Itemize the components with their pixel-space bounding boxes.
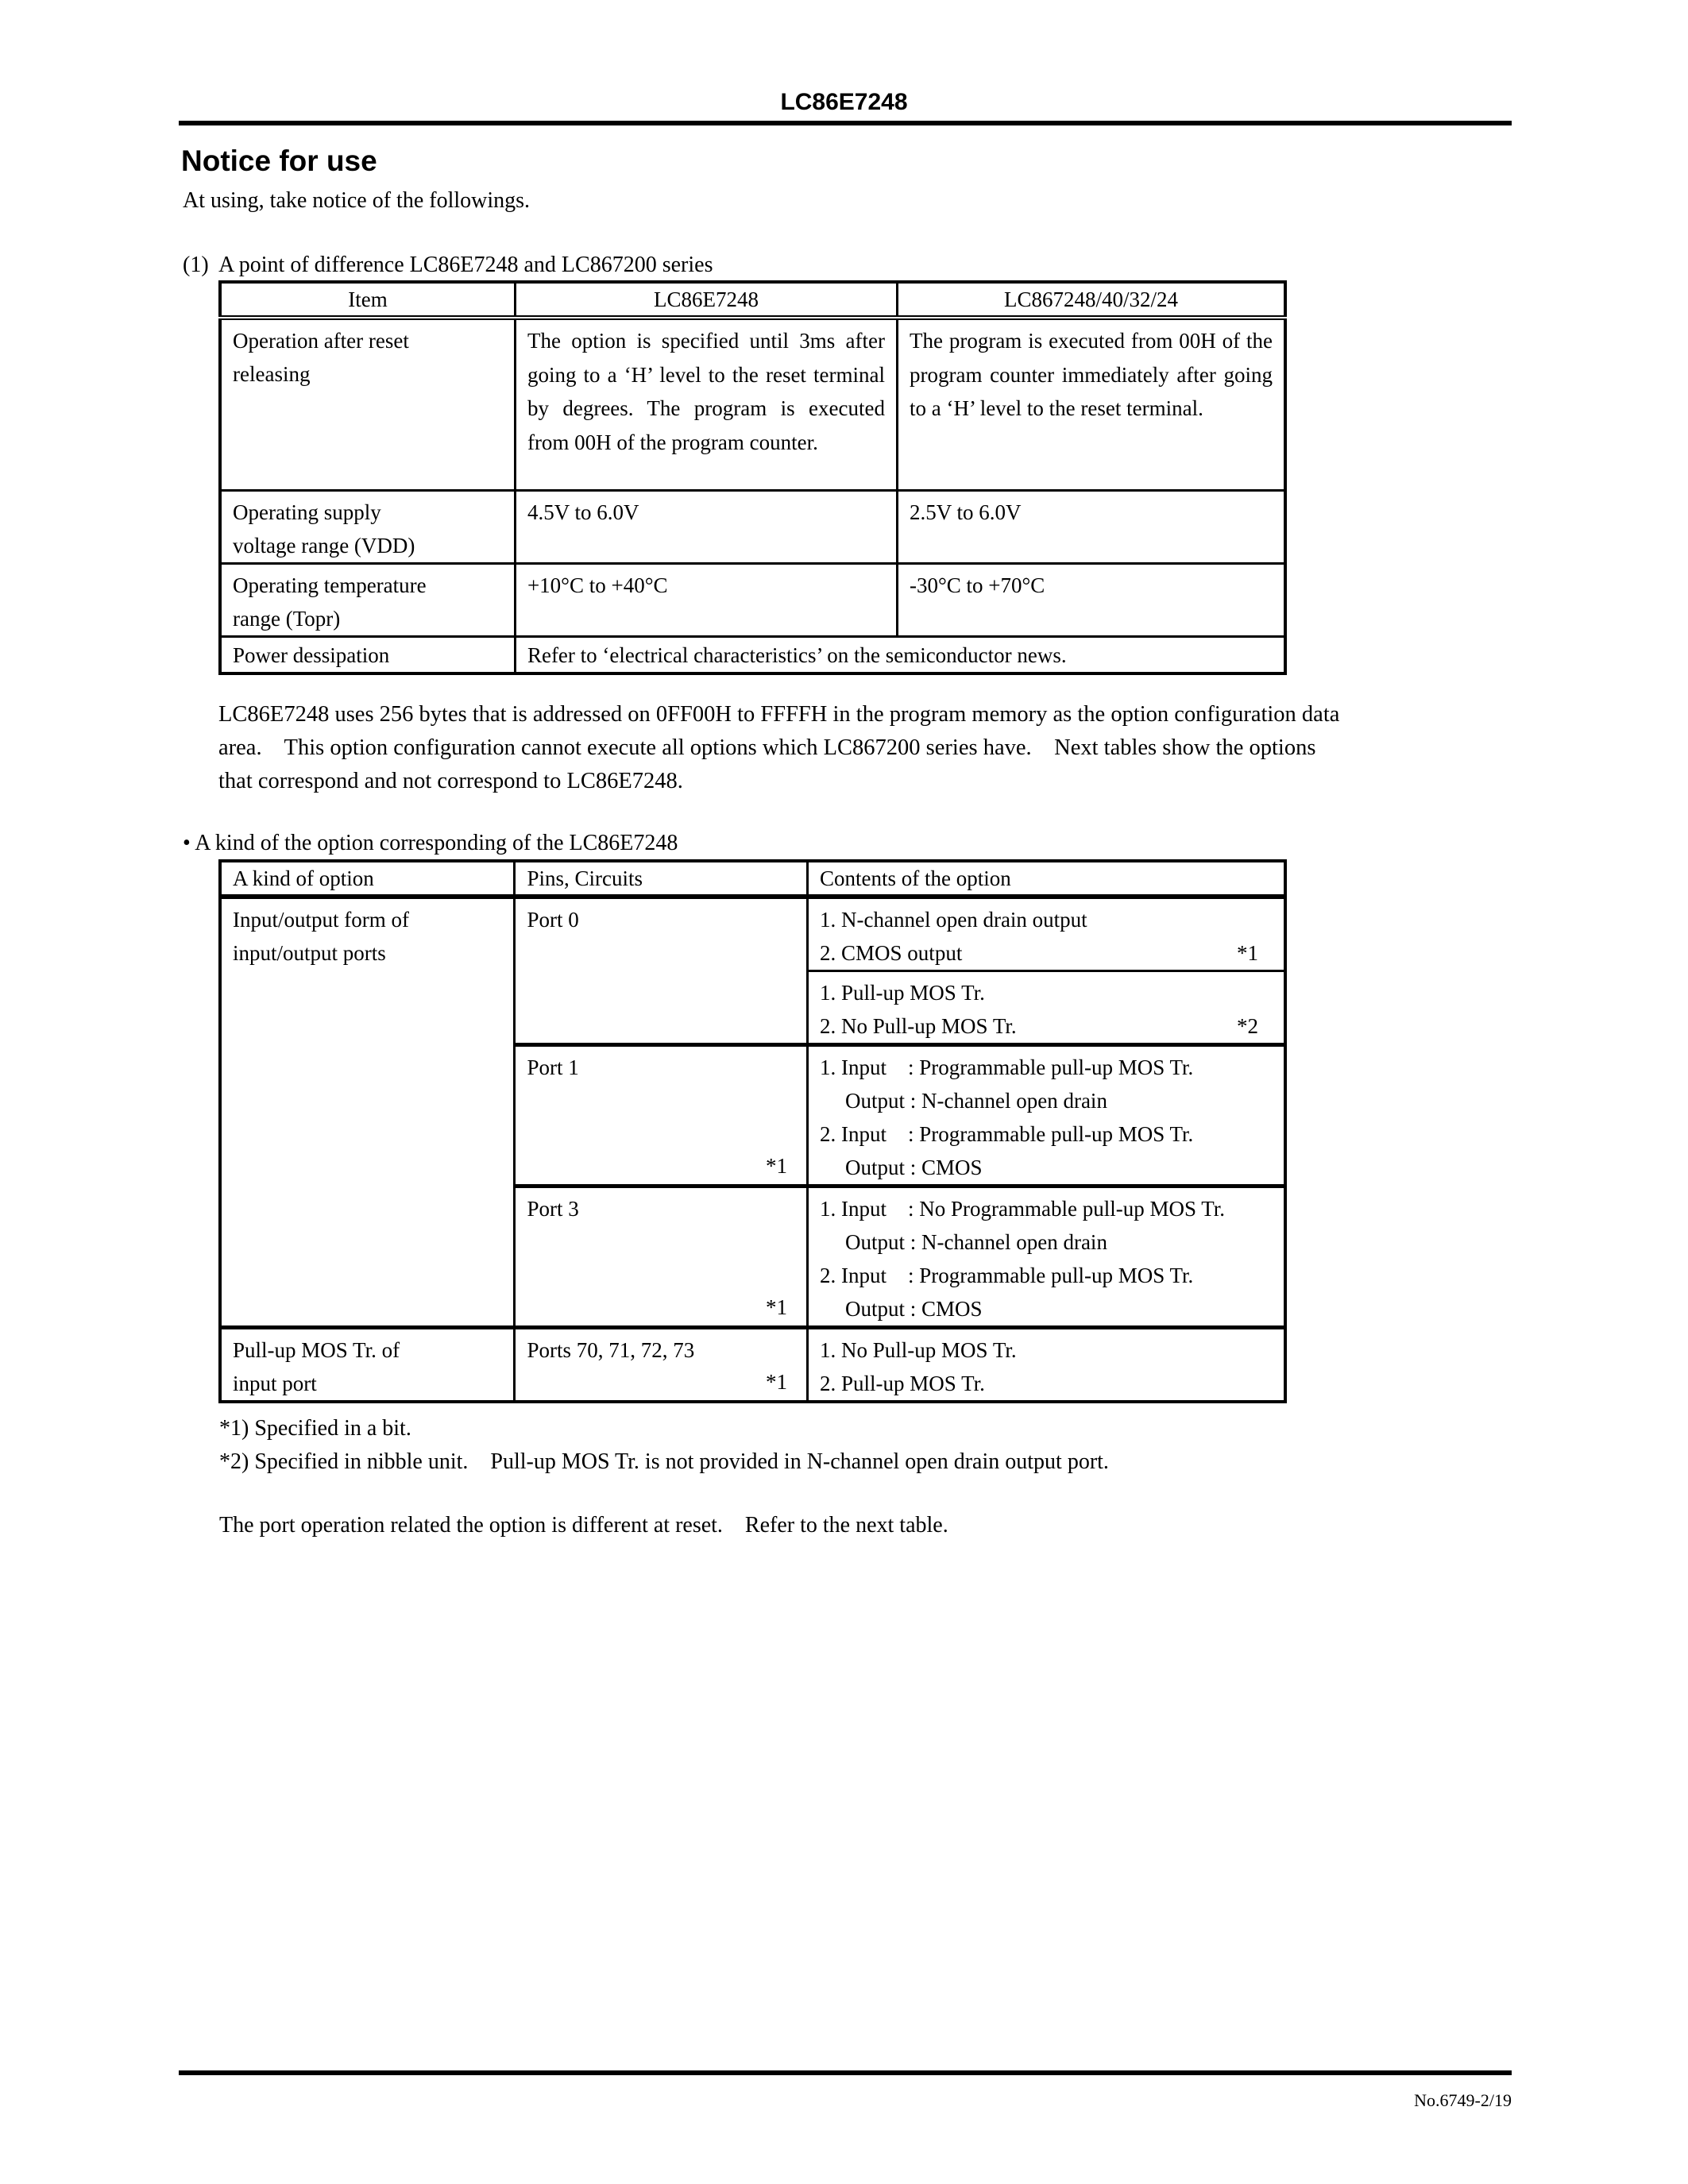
option-line: 2. CMOS output*1	[820, 936, 1273, 970]
lc86e7248-cell: +10°C to +40°C	[515, 563, 897, 636]
paragraph-line: that correspond and not correspond to LC…	[218, 765, 1512, 798]
table-row: Power dessipation Refer to ‘electrical c…	[220, 636, 1285, 673]
closing-sentence: The port operation related the option is…	[219, 1509, 948, 1542]
cell-text: +10°C to +40°C	[516, 565, 896, 603]
table-row: Operating temperature range (Topr) +10°C…	[220, 563, 1285, 636]
paragraph-line: area. This option configuration cannot e…	[218, 731, 1512, 765]
options-table: A kind of option Pins, Circuits Contents…	[218, 859, 1287, 1403]
option-line: Output : N-channel open drain	[820, 1084, 1273, 1117]
pin-cell-port1: Port 1 *1	[515, 1045, 808, 1187]
difference-heading: (1) A point of difference LC86E7248 and …	[183, 249, 713, 282]
options-heading: • A kind of the option corresponding of …	[183, 827, 678, 860]
column-header-pins: Pins, Circuits	[515, 861, 808, 897]
contents-cell: 1. N-channel open drain output 2. CMOS o…	[808, 897, 1285, 971]
item-cell: Power dessipation	[220, 636, 515, 673]
contents-cell: 1. No Pull-up MOS Tr. 2. Pull-up MOS Tr.	[808, 1328, 1285, 1403]
column-header-lc867248: LC867248/40/32/24	[897, 282, 1285, 318]
table-row: Input/output form of input/output ports …	[220, 897, 1285, 971]
option-line: Output : CMOS	[820, 1151, 1273, 1184]
cell-text: Power dessipation	[222, 638, 514, 673]
column-header-item: Item	[220, 282, 515, 318]
option-line: 2. Input : Programmable pull-up MOS Tr.	[820, 1117, 1273, 1151]
column-header-lc86e7248: LC86E7248	[515, 282, 897, 318]
lc86e7248-cell: 4.5V to 6.0V	[515, 490, 897, 563]
pin-note: *1	[766, 1149, 787, 1183]
footnote-2: *2) Specified in nibble unit. Pull-up MO…	[219, 1445, 1109, 1479]
option-text: 2. CMOS output	[820, 936, 962, 970]
option-line: 1. Input : Programmable pull-up MOS Tr.	[820, 1051, 1273, 1084]
option-text: 1. Pull-up MOS Tr.	[820, 976, 985, 1009]
option-line: Output : CMOS	[820, 1292, 1273, 1325]
footer-rule	[179, 2070, 1512, 2075]
section-title: Notice for use	[181, 145, 377, 178]
item-line: releasing	[233, 357, 503, 391]
item-line: range (Topr)	[233, 602, 503, 635]
kind-cell: Input/output form of input/output ports	[220, 897, 515, 1328]
kind-line: Input/output form of	[233, 903, 502, 936]
option-line: 1. Input : No Programmable pull-up MOS T…	[820, 1192, 1273, 1225]
lc867248-cell: 2.5V to 6.0V	[897, 490, 1285, 563]
lc867248-cell: -30°C to +70°C	[897, 563, 1285, 636]
paragraph-line: LC86E7248 uses 256 bytes that is address…	[218, 698, 1512, 731]
kind-line: input port	[233, 1367, 502, 1400]
cell-text: 4.5V to 6.0V	[516, 492, 896, 530]
table-header-row: Item LC86E7248 LC867248/40/32/24	[220, 282, 1285, 318]
option-text: 1. N-channel open drain output	[820, 903, 1087, 936]
table-row: Operating supply voltage range (VDD) 4.5…	[220, 490, 1285, 563]
column-header-contents: Contents of the option	[808, 861, 1285, 897]
page-number: No.6749-2/19	[1414, 2090, 1512, 2111]
header-rule	[179, 121, 1512, 125]
lc86e7248-cell: The option is specified until 3ms after …	[515, 318, 897, 490]
document-title: LC86E7248	[0, 89, 1688, 116]
cell-text: Refer to ‘electrical characteristics’ on…	[516, 638, 1284, 673]
option-text: 2. No Pull-up MOS Tr.	[820, 1009, 1017, 1043]
section-intro: At using, take notice of the followings.	[183, 184, 530, 218]
item-line: Operating temperature	[233, 569, 503, 602]
option-line: 1. Pull-up MOS Tr.	[820, 976, 1273, 1009]
option-note: *2	[1237, 1009, 1258, 1043]
cell-text: -30°C to +70°C	[898, 565, 1284, 603]
difference-table: Item LC86E7248 LC867248/40/32/24 Operati…	[218, 280, 1287, 675]
option-line: Output : N-channel open drain	[820, 1225, 1273, 1259]
cell-text: The option is specified until 3ms after …	[516, 320, 896, 459]
cell-text: The program is executed from 00H of the …	[898, 320, 1284, 426]
kind-line: input/output ports	[233, 936, 502, 970]
merged-cell: Refer to ‘electrical characteristics’ on…	[515, 636, 1285, 673]
table-row: Pull-up MOS Tr. of input port Ports 70, …	[220, 1328, 1285, 1403]
item-line: Operating supply	[233, 496, 503, 529]
pin-note: *1	[766, 1291, 787, 1324]
option-line: 2. Input : Programmable pull-up MOS Tr.	[820, 1259, 1273, 1292]
item-cell: Operation after reset releasing	[220, 318, 515, 490]
kind-line: Pull-up MOS Tr. of	[233, 1333, 502, 1367]
item-cell: Operating supply voltage range (VDD)	[220, 490, 515, 563]
option-config-paragraph: LC86E7248 uses 256 bytes that is address…	[218, 698, 1512, 798]
item-line: Operation after reset	[233, 324, 503, 357]
pin-label: Port 1	[516, 1047, 806, 1085]
kind-cell: Pull-up MOS Tr. of input port	[220, 1328, 515, 1403]
table-row: Operation after reset releasing The opti…	[220, 318, 1285, 490]
contents-cell: 1. Pull-up MOS Tr. 2. No Pull-up MOS Tr.…	[808, 971, 1285, 1045]
item-cell: Operating temperature range (Topr)	[220, 563, 515, 636]
pin-label: Ports 70, 71, 72, 73	[516, 1329, 806, 1368]
pin-note: *1	[766, 1365, 787, 1399]
contents-cell: 1. Input : No Programmable pull-up MOS T…	[808, 1187, 1285, 1328]
option-line: 1. No Pull-up MOS Tr.	[820, 1333, 1273, 1367]
table-header-row: A kind of option Pins, Circuits Contents…	[220, 861, 1285, 897]
footnote-1: *1) Specified in a bit.	[219, 1412, 411, 1445]
option-line: 2. Pull-up MOS Tr.	[820, 1367, 1273, 1400]
pin-cell-port3: Port 3 *1	[515, 1187, 808, 1328]
pin-label: Port 0	[516, 899, 806, 937]
pin-label: Port 3	[516, 1188, 806, 1226]
item-line: voltage range (VDD)	[233, 529, 503, 562]
lc867248-cell: The program is executed from 00H of the …	[897, 318, 1285, 490]
pin-cell-port7: Ports 70, 71, 72, 73 *1	[515, 1328, 808, 1403]
cell-text: 2.5V to 6.0V	[898, 492, 1284, 530]
option-line: 2. No Pull-up MOS Tr.*2	[820, 1009, 1273, 1043]
pin-cell-port0: Port 0	[515, 897, 808, 1045]
option-line: 1. N-channel open drain output	[820, 903, 1273, 936]
contents-cell: 1. Input : Programmable pull-up MOS Tr. …	[808, 1045, 1285, 1187]
option-note: *1	[1237, 936, 1258, 970]
column-header-kind: A kind of option	[220, 861, 515, 897]
